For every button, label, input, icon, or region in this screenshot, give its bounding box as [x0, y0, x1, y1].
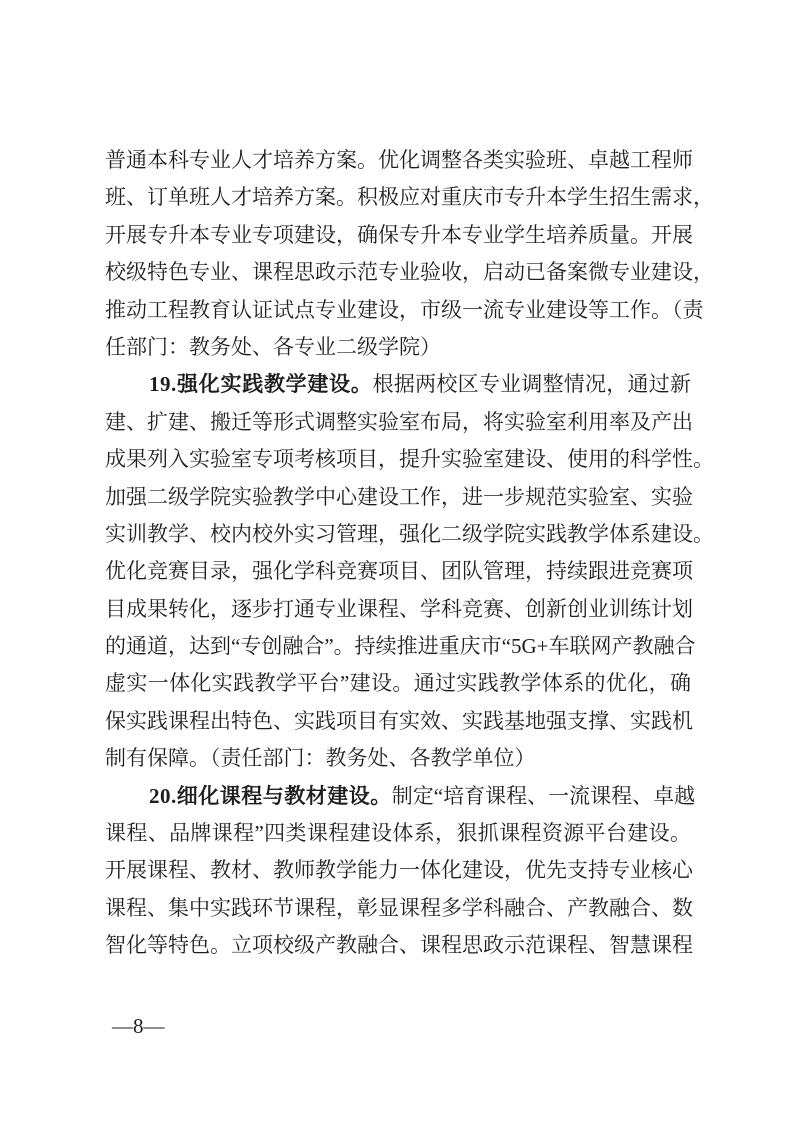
- text-line: 课程、品牌课程”四类课程建设体系，狠抓课程资源平台建设。: [105, 815, 691, 852]
- text-line: 推动工程教育认证试点专业建设，市级一流专业建设等工作。（责: [105, 292, 691, 329]
- text-line: 成果列入实验室专项考核项目，提升实验室建设、使用的科学性。: [105, 441, 691, 478]
- text-line: 校级特色专业、课程思政示范专业验收，启动已备案微专业建设，: [105, 254, 691, 291]
- text-line: 加强二级学院实验教学中心建设工作，进一步规范实验室、实验: [105, 479, 691, 516]
- text-line: 建、扩建、搬迁等形式调整实验室布局，将实验室利用率及产出: [105, 404, 691, 441]
- paragraph-item-19: 19.强化实践教学建设。根据两校区专业调整情况，通过新建、扩建、搬迁等形式调整实…: [105, 366, 691, 777]
- text-line: 实训教学、校内校外实习管理，强化二级学院实践教学体系建设。: [105, 516, 691, 553]
- text-line: 优化竞赛目录，强化学科竞赛项目、团队管理，持续跟进竞赛项: [105, 553, 691, 590]
- document-body: 普通本科专业人才培养方案。优化调整各类实验班、卓越工程师班、订单班人才培养方案。…: [105, 142, 691, 965]
- text-line: 19.强化实践教学建设。根据两校区专业调整情况，通过新: [105, 366, 691, 403]
- text-line: 开展课程、教材、教师教学能力一体化建设，优先支持专业核心: [105, 852, 691, 889]
- paragraph-continuation: 普通本科专业人才培养方案。优化调整各类实验班、卓越工程师班、订单班人才培养方案。…: [105, 142, 691, 366]
- document-page: 普通本科专业人才培养方案。优化调整各类实验班、卓越工程师班、订单班人才培养方案。…: [0, 0, 794, 1122]
- text-line: 开展专升本专业专项建设，确保专升本专业学生培养质量。开展: [105, 217, 691, 254]
- page-number: —8—: [112, 1014, 165, 1038]
- text-line: 普通本科专业人才培养方案。优化调整各类实验班、卓越工程师: [105, 142, 691, 179]
- text-line: 20.细化课程与教材建设。制定“培育课程、一流课程、卓越: [105, 778, 691, 815]
- text-line: 的通道，达到“专创融合”。持续推进重庆市“5G+车联网产教融合: [105, 628, 691, 665]
- paragraph-heading: 19.强化实践教学建设。: [149, 372, 373, 396]
- text-line: 智化等特色。立项校级产教融合、课程思政示范课程、智慧课程: [105, 927, 691, 964]
- paragraph-item-20: 20.细化课程与教材建设。制定“培育课程、一流课程、卓越课程、品牌课程”四类课程…: [105, 778, 691, 965]
- paragraph-heading: 20.细化课程与教材建设。: [149, 784, 392, 808]
- text-line: 虚实一体化实践教学平台”建设。通过实践教学体系的优化，确: [105, 665, 691, 702]
- text-line: 班、订单班人才培养方案。积极应对重庆市专升本学生招生需求，: [105, 179, 691, 216]
- text-line: 目成果转化，逐步打通专业课程、学科竞赛、创新创业训练计划: [105, 591, 691, 628]
- text-line: 任部门：教务处、各专业二级学院）: [105, 329, 691, 366]
- text-line: 制有保障。（责任部门：教务处、各教学单位）: [105, 740, 691, 777]
- text-line: 保实践课程出特色、实践项目有实效、实践基地强支撑、实践机: [105, 703, 691, 740]
- text-line: 课程、集中实践环节课程，彰显课程多学科融合、产教融合、数: [105, 890, 691, 927]
